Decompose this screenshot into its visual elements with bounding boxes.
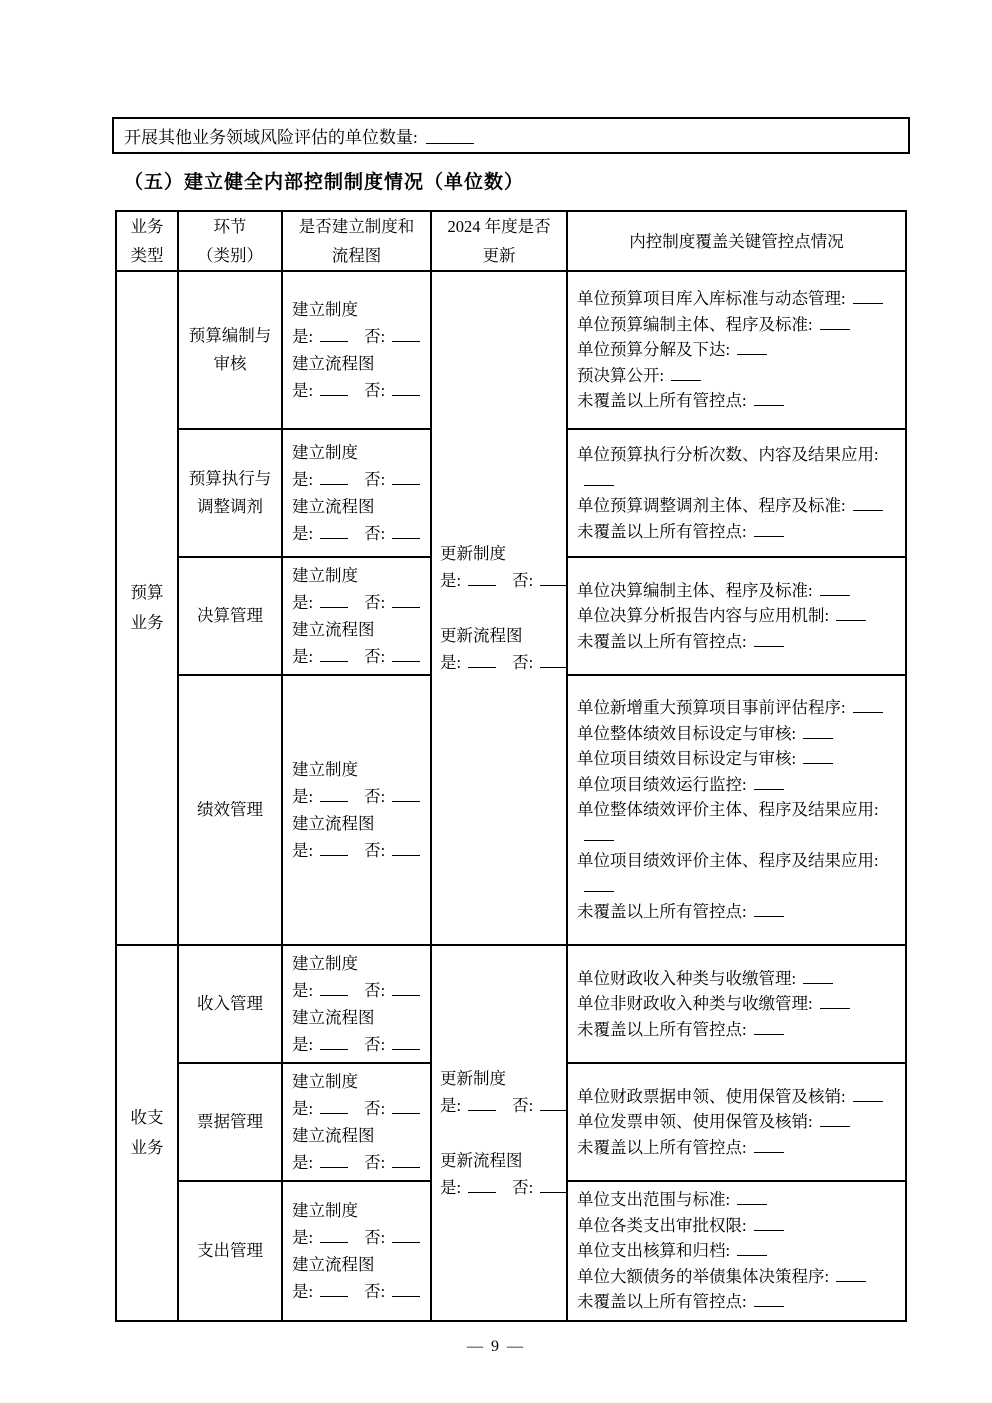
keypoint-blank xyxy=(836,605,866,622)
keypoint-line: 单位发票申领、使用保管及核销: xyxy=(577,1109,897,1135)
yes-blank xyxy=(320,1034,348,1051)
keypoint-label: 未覆盖以上所有管控点: xyxy=(577,391,747,410)
keypoint-blank xyxy=(584,824,614,841)
establish-flowchart-label: 建立流程图 xyxy=(292,350,426,377)
establish-flowchart-yn: 是:否: xyxy=(292,837,426,864)
keypoint-line: 单位各类支出审批权限: xyxy=(577,1213,897,1239)
update-system-label: 更新制度 xyxy=(440,1065,564,1092)
keypoint-blank xyxy=(584,875,614,892)
keypoint-line: 未覆盖以上所有管控点: xyxy=(577,899,897,925)
yes-label: 是: xyxy=(292,787,313,806)
no-label: 否: xyxy=(364,381,385,400)
keypoints-cell: 单位决算编制主体、程序及标准: 单位决算分析报告内容与应用机制: 未覆盖以上所有… xyxy=(567,557,906,675)
keypoint-label: 单位支出核算和归档: xyxy=(577,1241,730,1260)
category-revenue-expense: 收支 业务 xyxy=(116,945,178,1321)
keypoint-label: 单位支出范围与标准: xyxy=(577,1190,730,1209)
header-stage: 环节 （类别） xyxy=(178,211,282,271)
other-risk-assessment-note: 开展其他业务领域风险评估的单位数量: xyxy=(112,117,910,154)
yes-blank xyxy=(320,786,348,803)
keypoint-blank xyxy=(853,1085,883,1102)
yes-label: 是: xyxy=(292,1282,313,1301)
header-row: 业务 类型 环节 （类别） 是否建立制度和 流程图 2024 年度是否 更新 内… xyxy=(116,211,906,271)
establish-system-label: 建立制度 xyxy=(292,296,426,323)
keypoint-line: 单位非财政收入种类与收缴管理: xyxy=(577,991,897,1017)
no-blank xyxy=(392,1280,420,1297)
no-label: 否: xyxy=(364,327,385,346)
keypoint-line: 预决算公开: xyxy=(577,363,897,389)
no-label: 否: xyxy=(364,1153,385,1172)
stage-cell: 支出管理 xyxy=(178,1181,282,1321)
keypoints-cell: 单位财政票据申领、使用保管及核销: 单位发票申领、使用保管及核销: 未覆盖以上所… xyxy=(567,1063,906,1181)
establish-flowchart-yn: 是:否: xyxy=(292,1031,426,1058)
keypoint-label: 单位预算编制主体、程序及标准: xyxy=(577,315,813,334)
keypoint-label: 未覆盖以上所有管控点: xyxy=(577,632,747,651)
establish-system-yn: 是:否: xyxy=(292,323,426,350)
yes-label: 是: xyxy=(292,1035,313,1054)
establish-flowchart-yn: 是:否: xyxy=(292,1278,426,1305)
establish-system-label: 建立制度 xyxy=(292,756,426,783)
keypoint-line: 单位预算分解及下达: xyxy=(577,337,897,363)
yes-blank xyxy=(320,1280,348,1297)
keypoint-label: 单位项目绩效运行监控: xyxy=(577,775,747,794)
keypoint-line: 未覆盖以上所有管控点: xyxy=(577,1017,897,1043)
update-flowchart-label: 更新流程图 xyxy=(440,622,564,649)
keypoint-label: 单位财政票据申领、使用保管及核销: xyxy=(577,1087,846,1106)
establish-cell: 建立制度 是:否: 建立流程图 是:否: xyxy=(282,1181,431,1321)
keypoint-line: 未覆盖以上所有管控点: xyxy=(577,519,897,545)
no-blank xyxy=(392,469,420,486)
no-label: 否: xyxy=(364,981,385,1000)
yes-blank xyxy=(468,570,496,587)
establish-cell: 建立制度 是:否: 建立流程图 是:否: xyxy=(282,557,431,675)
no-blank xyxy=(540,652,568,669)
keypoint-blank xyxy=(853,495,883,512)
yes-blank xyxy=(320,1226,348,1243)
no-label: 否: xyxy=(364,787,385,806)
establish-cell: 建立制度 是:否: 建立流程图 是:否: xyxy=(282,945,431,1063)
no-label: 否: xyxy=(364,647,385,666)
no-blank xyxy=(392,1226,420,1243)
no-blank xyxy=(392,326,420,343)
keypoint-line: 单位财政收入种类与收缴管理: xyxy=(577,966,897,992)
keypoint-line: 单位新增重大预算项目事前评估程序: xyxy=(577,695,897,721)
no-label: 否: xyxy=(364,1282,385,1301)
keypoint-blank xyxy=(754,1018,784,1035)
establish-flowchart-label: 建立流程图 xyxy=(292,1251,426,1278)
keypoint-blank xyxy=(737,1189,767,1206)
no-blank xyxy=(392,646,420,663)
table-row: 收支 业务 收入管理 建立制度 是:否: 建立流程图 是:否: 更新制度 是:否… xyxy=(116,945,906,1063)
keypoints-cell: 单位预算执行分析次数、内容及结果应用: 单位预算调整调剂主体、程序及标准: 未覆… xyxy=(567,429,906,557)
yes-label: 是: xyxy=(292,647,313,666)
no-blank xyxy=(392,980,420,997)
no-blank xyxy=(540,1176,568,1193)
header-establish: 是否建立制度和 流程图 xyxy=(282,211,431,271)
stage-cell: 绩效管理 xyxy=(178,675,282,945)
keypoint-blank xyxy=(754,520,784,537)
keypoint-label: 单位财政收入种类与收缴管理: xyxy=(577,969,796,988)
keypoint-label: 未覆盖以上所有管控点: xyxy=(577,902,747,921)
establish-cell: 建立制度 是:否: 建立流程图 是:否: xyxy=(282,675,431,945)
update-gap xyxy=(440,594,564,622)
keypoint-label: 未覆盖以上所有管控点: xyxy=(577,522,747,541)
keypoint-line: 单位项目绩效评价主体、程序及结果应用: xyxy=(577,848,897,899)
keypoint-blank xyxy=(754,390,784,407)
keypoint-blank xyxy=(754,901,784,918)
no-label: 否: xyxy=(364,1035,385,1054)
yes-label: 是: xyxy=(292,1228,313,1247)
keypoint-line: 单位大额债务的举债集体决策程序: xyxy=(577,1264,897,1290)
no-blank xyxy=(392,1034,420,1051)
keypoint-blank xyxy=(803,722,833,739)
note-blank-line xyxy=(426,127,474,144)
keypoint-blank xyxy=(803,748,833,765)
no-blank xyxy=(392,786,420,803)
keypoint-blank xyxy=(754,1214,784,1231)
keypoint-line: 未覆盖以上所有管控点: xyxy=(577,388,897,414)
establish-system-label: 建立制度 xyxy=(292,562,426,589)
yes-blank xyxy=(320,980,348,997)
stage-cell: 预算编制与审核 xyxy=(178,271,282,429)
table-row: 预算 业务 预算编制与审核 建立制度 是:否: 建立流程图 是:否: 更新制度 … xyxy=(116,271,906,429)
category-budget: 预算 业务 xyxy=(116,271,178,945)
stage-cell: 收入管理 xyxy=(178,945,282,1063)
no-blank xyxy=(540,1094,568,1111)
stage-cell: 预算执行与调整调剂 xyxy=(178,429,282,557)
keypoint-line: 未覆盖以上所有管控点: xyxy=(577,1135,897,1161)
yes-blank xyxy=(468,1176,496,1193)
yes-blank xyxy=(320,1098,348,1115)
keypoint-label: 单位发票申领、使用保管及核销: xyxy=(577,1112,813,1131)
update-system-yn: 是:否: xyxy=(440,1092,564,1119)
no-blank xyxy=(540,570,568,587)
establish-system-yn: 是:否: xyxy=(292,1095,426,1122)
header-keypoints: 内控制度覆盖关键管控点情况 xyxy=(567,211,906,271)
no-label: 否: xyxy=(512,571,533,590)
update-gap xyxy=(440,1119,564,1147)
keypoint-blank xyxy=(820,579,850,596)
keypoint-blank xyxy=(737,339,767,356)
keypoint-line: 单位预算执行分析次数、内容及结果应用: xyxy=(577,442,897,493)
yes-label: 是: xyxy=(292,470,313,489)
keypoints-cell: 单位预算项目库入库标准与动态管理: 单位预算编制主体、程序及标准: 单位预算分解… xyxy=(567,271,906,429)
establish-system-label: 建立制度 xyxy=(292,1068,426,1095)
keypoint-blank xyxy=(803,967,833,984)
keypoint-line: 未覆盖以上所有管控点: xyxy=(577,629,897,655)
update-flowchart-yn: 是:否: xyxy=(440,649,564,676)
yes-label: 是: xyxy=(440,1178,461,1197)
yes-blank xyxy=(468,652,496,669)
page-number: — 9 — xyxy=(0,1338,992,1356)
yes-label: 是: xyxy=(292,381,313,400)
yes-blank xyxy=(320,646,348,663)
keypoint-label: 单位预算项目库入库标准与动态管理: xyxy=(577,289,846,308)
keypoint-line: 单位支出范围与标准: xyxy=(577,1187,897,1213)
establish-cell: 建立制度 是:否: 建立流程图 是:否: xyxy=(282,271,431,429)
establish-system-yn: 是:否: xyxy=(292,1224,426,1251)
no-label: 否: xyxy=(364,1099,385,1118)
keypoint-label: 单位非财政收入种类与收缴管理: xyxy=(577,994,813,1013)
keypoint-label: 单位预算执行分析次数、内容及结果应用: xyxy=(577,445,879,464)
yes-label: 是: xyxy=(292,981,313,1000)
no-label: 否: xyxy=(364,524,385,543)
update-flowchart-yn: 是:否: xyxy=(440,1174,564,1201)
establish-flowchart-yn: 是:否: xyxy=(292,643,426,670)
yes-label: 是: xyxy=(292,1099,313,1118)
stage-cell: 决算管理 xyxy=(178,557,282,675)
keypoint-blank xyxy=(853,697,883,714)
keypoint-line: 单位预算项目库入库标准与动态管理: xyxy=(577,286,897,312)
yes-label: 是: xyxy=(440,653,461,672)
yes-label: 是: xyxy=(292,524,313,543)
keypoint-label: 未覆盖以上所有管控点: xyxy=(577,1020,747,1039)
keypoint-label: 未覆盖以上所有管控点: xyxy=(577,1292,747,1311)
establish-system-yn: 是:否: xyxy=(292,589,426,616)
keypoint-line: 未覆盖以上所有管控点: xyxy=(577,1289,897,1315)
keypoint-line: 单位财政票据申领、使用保管及核销: xyxy=(577,1084,897,1110)
no-label: 否: xyxy=(512,1178,533,1197)
keypoints-cell: 单位财政收入种类与收缴管理: 单位非财政收入种类与收缴管理: 未覆盖以上所有管控… xyxy=(567,945,906,1063)
keypoint-label: 单位项目绩效目标设定与审核: xyxy=(577,749,796,768)
no-label: 否: xyxy=(364,841,385,860)
keypoint-blank xyxy=(671,364,701,381)
establish-system-yn: 是:否: xyxy=(292,466,426,493)
establish-system-label: 建立制度 xyxy=(292,950,426,977)
keypoint-line: 单位整体绩效目标设定与审核: xyxy=(577,721,897,747)
keypoint-label: 单位新增重大预算项目事前评估程序: xyxy=(577,698,846,717)
yes-label: 是: xyxy=(440,1096,461,1115)
establish-flowchart-label: 建立流程图 xyxy=(292,810,426,837)
header-business-type: 业务 类型 xyxy=(116,211,178,271)
no-label: 否: xyxy=(512,653,533,672)
note-label: 开展其他业务领域风险评估的单位数量: xyxy=(124,123,418,148)
keypoint-line: 单位项目绩效目标设定与审核: xyxy=(577,746,897,772)
no-blank xyxy=(392,840,420,857)
keypoint-label: 未覆盖以上所有管控点: xyxy=(577,1138,747,1157)
yes-label: 是: xyxy=(292,327,313,346)
update-system-label: 更新制度 xyxy=(440,540,564,567)
yes-blank xyxy=(468,1094,496,1111)
establish-system-label: 建立制度 xyxy=(292,439,426,466)
header-update-2024: 2024 年度是否 更新 xyxy=(431,211,567,271)
keypoint-label: 单位预算调整调剂主体、程序及标准: xyxy=(577,496,846,515)
section-title: （五）建立健全内部控制制度情况（单位数） xyxy=(124,167,524,194)
establish-flowchart-label: 建立流程图 xyxy=(292,1004,426,1031)
keypoint-blank xyxy=(584,469,614,486)
establish-system-yn: 是:否: xyxy=(292,783,426,810)
keypoint-blank xyxy=(820,993,850,1010)
establish-system-label: 建立制度 xyxy=(292,1197,426,1224)
establish-cell: 建立制度 是:否: 建立流程图 是:否: xyxy=(282,1063,431,1181)
update-cell-revenue-expense: 更新制度 是:否: 更新流程图 是:否: xyxy=(431,945,567,1321)
yes-blank xyxy=(320,469,348,486)
update-system-yn: 是:否: xyxy=(440,567,564,594)
keypoint-label: 单位预算分解及下达: xyxy=(577,340,730,359)
keypoint-label: 单位决算编制主体、程序及标准: xyxy=(577,581,813,600)
no-blank xyxy=(392,523,420,540)
establish-system-yn: 是:否: xyxy=(292,977,426,1004)
keypoint-line: 单位预算调整调剂主体、程序及标准: xyxy=(577,493,897,519)
keypoint-line: 单位决算编制主体、程序及标准: xyxy=(577,578,897,604)
no-label: 否: xyxy=(364,1228,385,1247)
keypoint-blank xyxy=(754,1291,784,1308)
establish-flowchart-label: 建立流程图 xyxy=(292,1122,426,1149)
stage-cell: 票据管理 xyxy=(178,1063,282,1181)
keypoint-label: 单位大额债务的举债集体决策程序: xyxy=(577,1267,829,1286)
keypoint-line: 单位支出核算和归档: xyxy=(577,1238,897,1264)
keypoint-blank xyxy=(737,1240,767,1257)
no-blank xyxy=(392,1152,420,1169)
no-blank xyxy=(392,380,420,397)
keypoints-cell: 单位支出范围与标准: 单位各类支出审批权限: 单位支出核算和归档: 单位大额债务… xyxy=(567,1181,906,1321)
no-label: 否: xyxy=(364,593,385,612)
establish-flowchart-label: 建立流程图 xyxy=(292,616,426,643)
keypoint-label: 单位整体绩效目标设定与审核: xyxy=(577,724,796,743)
keypoint-blank xyxy=(754,630,784,647)
keypoint-blank xyxy=(820,1111,850,1128)
keypoint-blank xyxy=(754,773,784,790)
keypoint-line: 单位项目绩效运行监控: xyxy=(577,772,897,798)
yes-blank xyxy=(320,523,348,540)
yes-blank xyxy=(320,326,348,343)
keypoint-blank xyxy=(754,1136,784,1153)
yes-blank xyxy=(320,1152,348,1169)
no-blank xyxy=(392,592,420,609)
keypoint-line: 单位整体绩效评价主体、程序及结果应用: xyxy=(577,797,897,848)
keypoint-line: 单位预算编制主体、程序及标准: xyxy=(577,312,897,338)
keypoint-label: 单位项目绩效评价主体、程序及结果应用: xyxy=(577,851,879,870)
keypoint-blank xyxy=(853,288,883,305)
yes-blank xyxy=(320,840,348,857)
establish-flowchart-label: 建立流程图 xyxy=(292,493,426,520)
yes-label: 是: xyxy=(292,593,313,612)
yes-blank xyxy=(320,592,348,609)
establish-flowchart-yn: 是:否: xyxy=(292,377,426,404)
establish-flowchart-yn: 是:否: xyxy=(292,520,426,547)
yes-blank xyxy=(320,380,348,397)
keypoints-cell: 单位新增重大预算项目事前评估程序: 单位整体绩效目标设定与审核: 单位项目绩效目… xyxy=(567,675,906,945)
no-blank xyxy=(392,1098,420,1115)
no-label: 否: xyxy=(512,1096,533,1115)
yes-label: 是: xyxy=(292,1153,313,1172)
keypoint-label: 单位各类支出审批权限: xyxy=(577,1216,747,1235)
internal-control-table: 业务 类型 环节 （类别） 是否建立制度和 流程图 2024 年度是否 更新 内… xyxy=(115,210,907,1322)
yes-label: 是: xyxy=(440,571,461,590)
yes-label: 是: xyxy=(292,841,313,860)
keypoint-label: 单位决算分析报告内容与应用机制: xyxy=(577,606,829,625)
no-label: 否: xyxy=(364,470,385,489)
keypoint-label: 预决算公开: xyxy=(577,366,664,385)
establish-cell: 建立制度 是:否: 建立流程图 是:否: xyxy=(282,429,431,557)
keypoint-line: 单位决算分析报告内容与应用机制: xyxy=(577,603,897,629)
update-flowchart-label: 更新流程图 xyxy=(440,1147,564,1174)
keypoint-label: 单位整体绩效评价主体、程序及结果应用: xyxy=(577,800,879,819)
keypoint-blank xyxy=(836,1265,866,1282)
establish-flowchart-yn: 是:否: xyxy=(292,1149,426,1176)
update-cell-budget: 更新制度 是:否: 更新流程图 是:否: xyxy=(431,271,567,945)
keypoint-blank xyxy=(820,313,850,330)
